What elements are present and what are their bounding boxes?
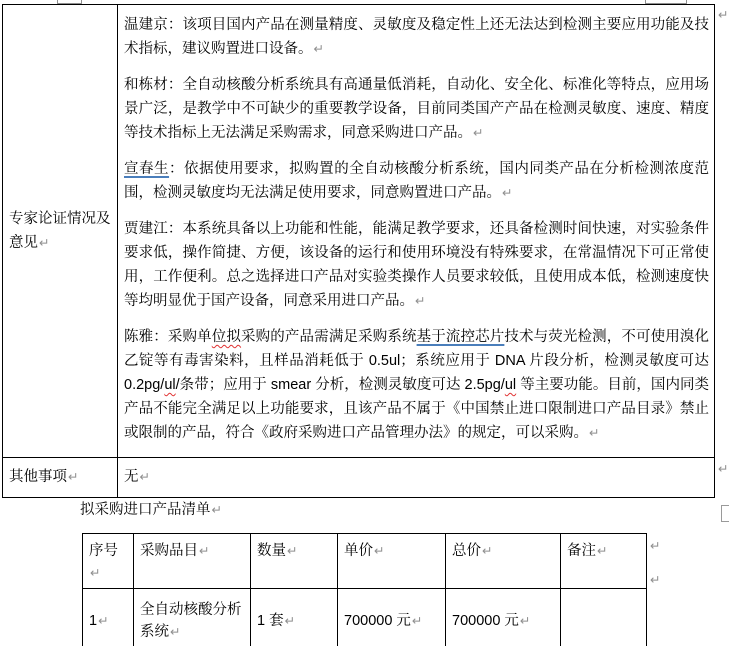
column-header: 序号↵ — [83, 534, 134, 589]
other-items-value-cell: 无↵ — [118, 458, 714, 497]
table-cell — [561, 589, 647, 646]
table-cell: 全自动核酸分析系统↵ — [134, 589, 251, 646]
table-cell: 700000 元↵ — [338, 589, 446, 646]
end-of-row-mark-icon: ↵ — [650, 538, 660, 553]
blue-underline-text: 基于流控芯片 — [417, 329, 505, 345]
end-of-row-mark-icon: ↵ — [718, 7, 728, 22]
cell-value: 1 套 — [257, 613, 284, 629]
end-of-cell-mark-icon: ↵ — [481, 544, 492, 558]
paragraph-mark-icon: ↵ — [472, 126, 483, 140]
cell-value: 700000 元 — [344, 613, 411, 629]
blue-underline-text: 宣春生 — [124, 161, 169, 177]
column-header: 备注↵ — [561, 534, 647, 589]
end-of-cell-mark-icon: ↵ — [198, 544, 209, 558]
column-header: 总价↵ — [446, 534, 561, 589]
end-of-cell-mark-icon: ↵ — [97, 614, 108, 628]
paragraph-mark-icon: ↵ — [211, 503, 222, 517]
opinion-text: /条带；应用于 smear 分析，检测灵敏度可达 2.5pg/ — [176, 377, 505, 393]
column-header-label: 序号 — [89, 543, 118, 559]
end-of-cell-mark-icon: ↵ — [67, 470, 78, 484]
table-row: 其他事项↵ 无↵ — [3, 458, 714, 497]
opinion-paragraph: 贾建江：本系统具备以上功能和性能，能满足教学要求，还具备检测时间快速，对实验条件… — [124, 217, 709, 313]
paragraph-mark-icon: ↵ — [414, 294, 425, 308]
end-of-cell-mark-icon: ↵ — [373, 544, 384, 558]
red-squiggly-text: 位拟 — [212, 329, 241, 345]
row-label: 专家论证情况及意见↵ — [9, 207, 111, 255]
end-of-cell-mark-icon: ↵ — [284, 614, 295, 628]
cell-value: 1 — [89, 613, 97, 629]
table-cell: 1↵ — [83, 589, 134, 646]
end-of-cell-mark-icon: ↵ — [519, 614, 530, 628]
column-header: 单价↵ — [338, 534, 446, 589]
red-squiggly-text: ul — [164, 377, 175, 393]
paragraph-mark-icon: ↵ — [313, 42, 324, 56]
opinion-text: 采购的产品需满足采购系统 — [241, 329, 417, 345]
opinion-text: 和栋材：全自动核酸分析系统具有高通量低消耗，自动化、安全化、标准化等特点，应用场… — [124, 77, 709, 141]
column-header-label: 采购品目 — [140, 543, 198, 559]
product-table-row: 1↵全自动核酸分析系统↵1 套↵700000 元↵700000 元↵ — [83, 589, 647, 646]
opinion-paragraph: 宣春生：依据使用要求，拟购置的全自动核酸分析系统，国内同类产品在分析检测浓度范围… — [124, 157, 709, 205]
column-header-label: 数量 — [257, 543, 286, 559]
column-header: 数量↵ — [251, 534, 338, 589]
expert-opinion-row-label-cell: 专家论证情况及意见↵ — [3, 5, 118, 457]
expert-opinion-table: 专家论证情况及意见↵ 温建京：该项目国内产品在测量精度、灵敏度及稳定性上还无法达… — [2, 4, 715, 498]
table-cell: 700000 元↵ — [446, 589, 561, 646]
end-of-cell-mark-icon: ↵ — [596, 544, 607, 558]
end-of-cell-mark-icon: ↵ — [286, 544, 297, 558]
paragraph-mark-icon: ↵ — [588, 426, 599, 440]
row-label: 其他事项↵ — [9, 465, 78, 489]
end-of-cell-mark-icon: ↵ — [38, 236, 49, 250]
opinion-text: 陈雅：采购单 — [124, 329, 212, 345]
end-of-cell-mark-icon: ↵ — [169, 625, 180, 639]
column-header-label: 备注 — [567, 543, 596, 559]
opinion-paragraph: 和栋材：全自动核酸分析系统具有高通量低消耗，自动化、安全化、标准化等特点，应用场… — [124, 73, 709, 145]
paragraph-mark-icon: ↵ — [501, 186, 512, 200]
opinion-text: ：依据使用要求，拟购置的全自动核酸分析系统，国内同类产品在分析检测浓度范围，检测… — [124, 161, 709, 201]
end-of-cell-mark-icon: ↵ — [139, 470, 150, 484]
other-items-row-label-cell: 其他事项↵ — [3, 458, 118, 497]
table-row: 专家论证情况及意见↵ 温建京：该项目国内产品在测量精度、灵敏度及稳定性上还无法达… — [3, 5, 714, 458]
product-list-table: 序号↵采购品目↵数量↵单价↵总价↵备注↵1↵全自动核酸分析系统↵1 套↵7000… — [82, 533, 647, 646]
red-squiggly-text: ul — [505, 377, 516, 393]
cell-value: 700000 元 — [452, 613, 519, 629]
column-header-label: 单价 — [344, 543, 373, 559]
table-cell: 1 套↵ — [251, 589, 338, 646]
product-table-header-row: 序号↵采购品目↵数量↵单价↵总价↵备注↵ — [83, 534, 647, 589]
import-product-list-title: 拟采购进口产品清单↵ — [80, 501, 222, 519]
other-items-value: 无↵ — [124, 469, 150, 485]
opinion-paragraph: 温建京：该项目国内产品在测量精度、灵敏度及稳定性上还无法达到检测主要应用功能及技… — [124, 13, 709, 61]
end-of-cell-mark-icon: ↵ — [89, 566, 100, 580]
end-of-cell-mark-icon: ↵ — [411, 614, 422, 628]
opinion-paragraph: 陈雅：采购单位拟采购的产品需满足采购系统基于流控芯片技术与荧光检测，不可使用溴化… — [124, 325, 709, 445]
end-of-row-mark-icon: ↵ — [718, 461, 728, 476]
end-of-row-mark-icon: ↵ — [650, 572, 660, 587]
cell-value: 全自动核酸分析系统 — [140, 602, 242, 640]
cropped-box-remnant — [721, 505, 729, 522]
expert-opinions-cell: 温建京：该项目国内产品在测量精度、灵敏度及稳定性上还无法达到检测主要应用功能及技… — [118, 5, 714, 457]
column-header-label: 总价 — [452, 543, 481, 559]
opinion-text: 温建京：该项目国内产品在测量精度、灵敏度及稳定性上还无法达到检测主要应用功能及技… — [124, 17, 709, 57]
document-page: 专家论证情况及意见↵ 温建京：该项目国内产品在测量精度、灵敏度及稳定性上还无法达… — [0, 0, 729, 646]
product-table-body: 序号↵采购品目↵数量↵单价↵总价↵备注↵1↵全自动核酸分析系统↵1 套↵7000… — [83, 534, 647, 646]
column-header: 采购品目↵ — [134, 534, 251, 589]
